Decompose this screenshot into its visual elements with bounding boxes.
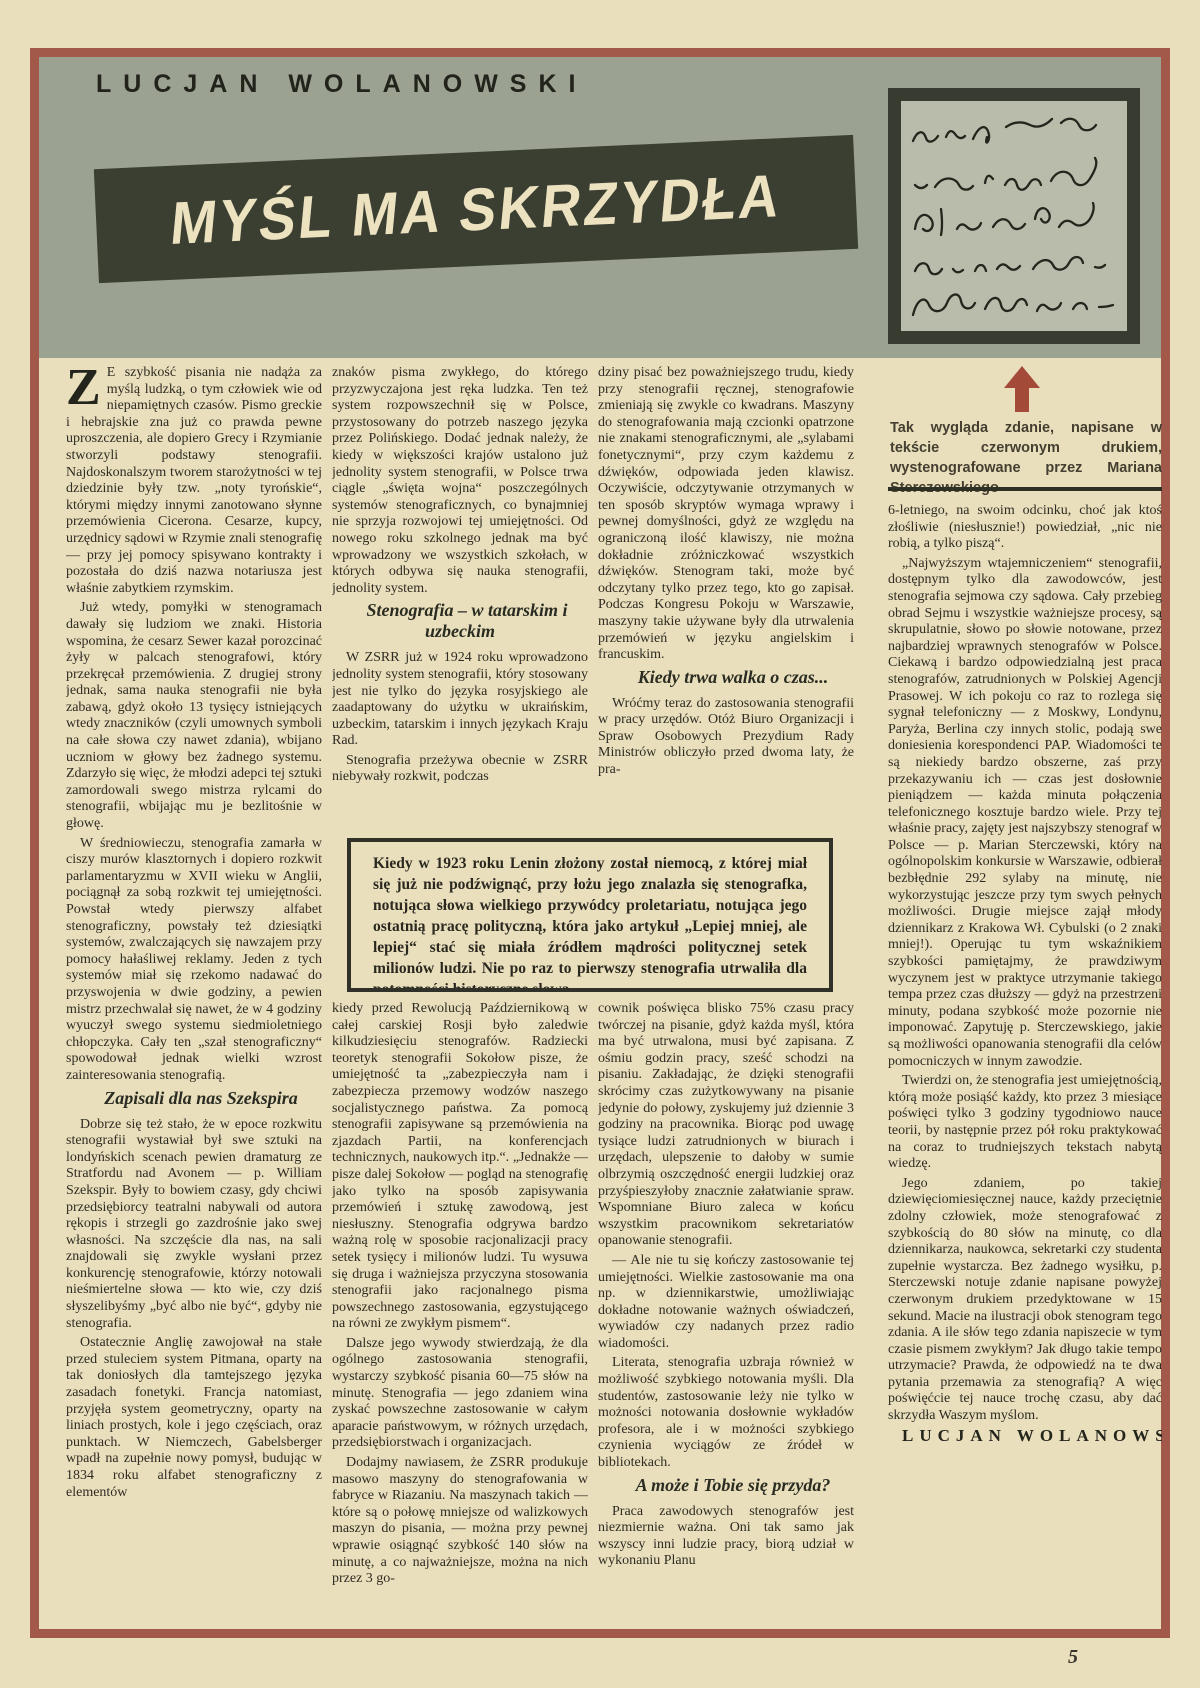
paragraph: W ZSRR już w 1924 roku wprowadzono jedno… [332,650,588,750]
paragraph: Praca zawodowych stenografów jest niezmi… [598,1504,854,1570]
paragraph: Dobrze się też stało, że w epoce rozkwit… [66,1117,322,1333]
section-heading-walka-o-czas: Kiedy trwa walka o czas... [598,667,854,688]
article-column-1: ZE szybkość pisania nie nadąża za myślą … [66,362,322,1634]
page-title: MYŚL MA SKRZYDŁA [167,160,784,257]
shorthand-strokes [901,101,1127,331]
column-3-upper: dziny pisać bez poważniejszego trudu, ki… [598,362,854,838]
paragraph: Literata, stenografia uzbraja również w … [598,1355,854,1471]
column-2-upper: znaków pisma zwykłego, do którego przyzw… [332,362,588,838]
paragraph: cownik poświęca blisko 75% czasu pracy t… [598,1001,854,1250]
section-heading-szekspir: Zapisali dla nas Szekspira [66,1088,322,1109]
article-column-3: dziny pisać bez poważniejszego trudu, ki… [598,362,854,1634]
paragraph: Dodajmy nawiasem, że ZSRR produkuje maso… [332,1455,588,1588]
paragraph: Ostatecznie Anglię zawojował na stałe pr… [66,1335,322,1501]
author-signature: LUCJAN WOLANOWSKI [888,1428,1162,1445]
paragraph: 6-letniego, na swoim odcinku, choć jak k… [888,503,1162,553]
column-divider-rule [888,487,1162,491]
page-number: 5 [1068,1646,1078,1669]
paragraph: — Ale nie tu się kończy zastosowanie tej… [598,1253,854,1353]
paragraph: Już wtedy, pomyłki w stenogramach dawały… [66,600,322,832]
paragraph: Stenografia przeżywa obecnie w ZSRR nieb… [332,753,588,786]
paragraph: „Najwyższym wtajemniczeniem“ stenografii… [888,556,1162,1070]
paragraph: Twierdzi on, że stenografia jest umiejęt… [888,1073,1162,1173]
paragraph: znaków pisma zwykłego, do którego przyzw… [332,365,588,597]
article-column-2: znaków pisma zwykłego, do którego przyzw… [332,362,588,1634]
magazine-page: LUCJAN WOLANOWSKI MYŚL MA SKRZYDŁA Tak w… [0,0,1200,1688]
figure-caption: Tak wygląda zdanie, napisane w tekście c… [890,418,1162,498]
column-2-lower: kiedy przed Rewolucją Październikową w c… [332,998,588,1588]
lenin-callout-box: Kiedy w 1923 roku Lenin złożony został n… [347,838,833,992]
paragraph: Wróćmy teraz do zastosowania stenografii… [598,696,854,779]
shorthand-sample-figure [888,88,1140,344]
column-3-lower: cownik poświęca blisko 75% czasu pracy t… [598,998,854,1570]
section-heading-tobie-sie-przyda: A może i Tobie się przyda? [598,1475,854,1496]
paragraph: ZE szybkość pisania nie nadąża za myślą … [66,365,322,597]
callout-text: Kiedy w 1923 roku Lenin złożony został n… [373,855,807,992]
author-header: LUCJAN WOLANOWSKI [96,70,587,99]
paragraph: Jego zdaniem, po takiej dziewięciomiesię… [888,1176,1162,1425]
article-column-4: 6-letniego, na swoim odcinku, choć jak k… [888,500,1162,1634]
paragraph: W średniowieczu, stenografia zamarła w c… [66,836,322,1085]
section-heading-tatarskim: Stenografia – w tatarskim i uzbeckim [332,600,588,642]
arrow-up-icon [1002,366,1042,414]
paragraph: kiedy przed Rewolucją Październikową w c… [332,1001,588,1333]
paragraph: dziny pisać bez poważniejszego trudu, ki… [598,365,854,664]
paragraph: Dalsze jego wywody stwierdzają, że dla o… [332,1336,588,1452]
drop-cap: Z [66,365,107,409]
